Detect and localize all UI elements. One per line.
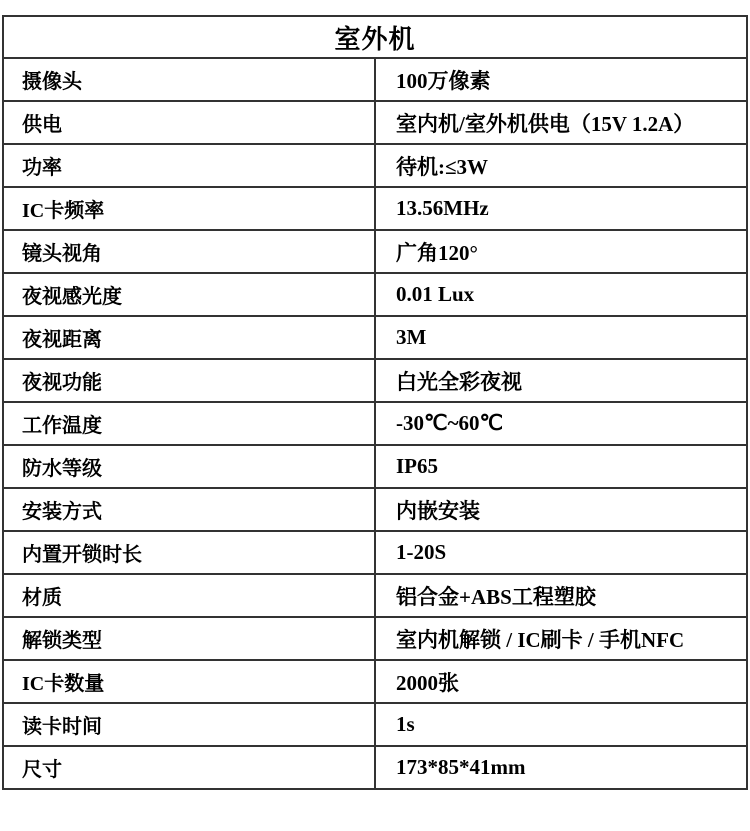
spec-label: 工作温度 — [3, 402, 375, 445]
spec-value: 173*85*41mm — [375, 746, 747, 789]
spec-value: 2000张 — [375, 660, 747, 703]
spec-table-header: 室外机 — [3, 16, 747, 58]
spec-value: 待机:≤3W — [375, 144, 747, 187]
table-row: 供电室内机/室外机供电（15V 1.2A） — [3, 101, 747, 144]
spec-value: 广角120° — [375, 230, 747, 273]
table-row: 尺寸173*85*41mm — [3, 746, 747, 789]
table-row: 工作温度-30℃~60℃ — [3, 402, 747, 445]
spec-value: 3M — [375, 316, 747, 359]
spec-value: 100万像素 — [375, 58, 747, 101]
spec-value: 室内机解锁 / IC刷卡 / 手机NFC — [375, 617, 747, 660]
spec-table: 室外机 摄像头100万像素供电室内机/室外机供电（15V 1.2A）功率待机:≤… — [2, 15, 748, 790]
spec-label: 夜视距离 — [3, 316, 375, 359]
table-row: 内置开锁时长1-20S — [3, 531, 747, 574]
spec-label: IC卡数量 — [3, 660, 375, 703]
spec-value: -30℃~60℃ — [375, 402, 747, 445]
table-row: IC卡频率13.56MHz — [3, 187, 747, 230]
table-row: 夜视功能白光全彩夜视 — [3, 359, 747, 402]
title-row: 室外机 — [3, 16, 747, 58]
spec-value: 0.01 Lux — [375, 273, 747, 316]
spec-label: 供电 — [3, 101, 375, 144]
spec-label: 夜视功能 — [3, 359, 375, 402]
spec-value: 铝合金+ABS工程塑胶 — [375, 574, 747, 617]
table-row: 安装方式内嵌安装 — [3, 488, 747, 531]
spec-label: 读卡时间 — [3, 703, 375, 746]
table-row: 夜视感光度0.01 Lux — [3, 273, 747, 316]
spec-label: 功率 — [3, 144, 375, 187]
spec-label: IC卡频率 — [3, 187, 375, 230]
spec-value: 1s — [375, 703, 747, 746]
spec-value: 室内机/室外机供电（15V 1.2A） — [375, 101, 747, 144]
spec-value: 1-20S — [375, 531, 747, 574]
spec-label: 材质 — [3, 574, 375, 617]
table-row: 摄像头100万像素 — [3, 58, 747, 101]
table-row: 防水等级IP65 — [3, 445, 747, 488]
spec-label: 镜头视角 — [3, 230, 375, 273]
table-row: 功率待机:≤3W — [3, 144, 747, 187]
table-row: 镜头视角广角120° — [3, 230, 747, 273]
spec-value: 白光全彩夜视 — [375, 359, 747, 402]
table-row: 解锁类型室内机解锁 / IC刷卡 / 手机NFC — [3, 617, 747, 660]
spec-label: 尺寸 — [3, 746, 375, 789]
table-row: 读卡时间1s — [3, 703, 747, 746]
table-title: 室外机 — [3, 16, 747, 58]
spec-sheet: 室外机 摄像头100万像素供电室内机/室外机供电（15V 1.2A）功率待机:≤… — [0, 0, 750, 831]
spec-label: 摄像头 — [3, 58, 375, 101]
spec-value: IP65 — [375, 445, 747, 488]
spec-value: 内嵌安装 — [375, 488, 747, 531]
spec-label: 安装方式 — [3, 488, 375, 531]
spec-label: 内置开锁时长 — [3, 531, 375, 574]
spec-value: 13.56MHz — [375, 187, 747, 230]
spec-table-body: 摄像头100万像素供电室内机/室外机供电（15V 1.2A）功率待机:≤3WIC… — [3, 58, 747, 789]
table-row: 夜视距离3M — [3, 316, 747, 359]
table-row: IC卡数量2000张 — [3, 660, 747, 703]
spec-label: 解锁类型 — [3, 617, 375, 660]
table-row: 材质铝合金+ABS工程塑胶 — [3, 574, 747, 617]
spec-label: 夜视感光度 — [3, 273, 375, 316]
spec-label: 防水等级 — [3, 445, 375, 488]
